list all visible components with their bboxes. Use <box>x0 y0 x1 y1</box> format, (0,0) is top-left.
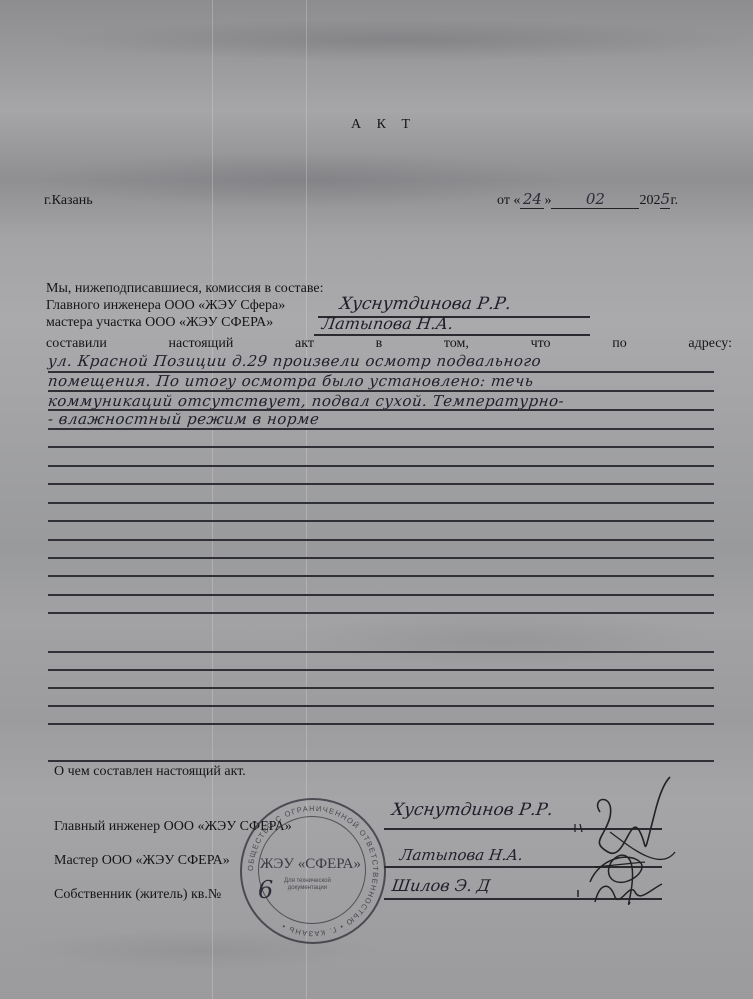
ruled-line <box>48 612 714 614</box>
ruled-line <box>48 651 714 653</box>
statement-line: составили настоящий акт в том, что по ад… <box>46 336 732 352</box>
ruled-line <box>48 539 714 541</box>
statement-word: что <box>531 336 551 352</box>
handwritten-line: - влажностный режим в норме <box>47 410 320 428</box>
ruled-line <box>48 705 714 707</box>
master-value: Латыпова Н.А. <box>321 314 455 333</box>
statement-word: по <box>612 336 627 352</box>
chief-engineer-value: Хуснутдинова Р.Р. <box>339 294 513 314</box>
date-mid: » <box>544 193 551 208</box>
ruled-line <box>48 446 714 448</box>
commission-intro: Мы, нижеподписавшиеся, комиссия в состав… <box>46 281 324 297</box>
date-month: 02 <box>551 190 639 209</box>
ruled-line <box>48 465 714 467</box>
stamp-subtitle-2: документации <box>284 885 331 892</box>
master-label: мастера участка ООО «ЖЭУ СФЕРА» <box>46 315 273 331</box>
document-date: от «24»022025г. <box>497 190 678 209</box>
signature-label-master: Мастер ООО «ЖЭУ СФЕРА» <box>54 853 230 869</box>
ruled-line <box>48 483 714 485</box>
company-stamp: ОБЩЕСТВО С ОГРАНИЧЕННОЙ ОТВЕТСТВЕННОСТЬЮ… <box>240 798 386 944</box>
handwritten-line: коммуникаций отсутствует, подвал сухой. … <box>47 392 565 410</box>
statement-word: адресу: <box>688 336 732 352</box>
document-title: А К Т <box>351 117 416 133</box>
statement-word: в <box>376 336 383 352</box>
ruled-line <box>48 428 714 430</box>
city: г.Казань <box>44 193 93 209</box>
signature-scribbles <box>570 772 680 922</box>
statement-word: акт <box>295 336 314 352</box>
handwritten-line: ул. Красной Позиции д.29 произвели осмот… <box>47 352 542 370</box>
stamp-subtitle: Для технической документации <box>284 878 331 892</box>
date-day: 24 <box>520 190 544 209</box>
ruled-line <box>48 594 714 596</box>
signature-label-owner: Собственник (житель) кв.№ <box>54 887 221 903</box>
handwritten-line: помещения. По итогу осмотра было установ… <box>47 372 534 390</box>
signature-name-chief: Хуснутдинов Р.Р. <box>391 800 555 820</box>
signature-name-owner: Шилов Э. Д <box>391 876 492 895</box>
chief-engineer-label: Главного инженера ООО «ЖЭУ Сфера» <box>46 298 285 314</box>
statement-word: настоящий <box>169 336 234 352</box>
ruled-line <box>48 669 714 671</box>
date-prefix: от « <box>497 193 520 208</box>
stamp-name: ЖЭУ «СФЕРА» <box>260 856 361 873</box>
date-suffix: г. <box>670 193 678 208</box>
ruled-line <box>48 371 714 373</box>
statement-word: том, <box>444 336 469 352</box>
scan-artifact <box>212 0 213 999</box>
statement-word: составили <box>46 336 107 352</box>
ruled-line <box>48 723 714 725</box>
closing-text: О чем составлен настоящий акт. <box>54 764 246 780</box>
date-year-prefix: 202 <box>639 193 660 208</box>
ruled-line <box>48 760 714 762</box>
ruled-line <box>48 502 714 504</box>
date-year-digit: 5 <box>660 190 670 209</box>
ruled-line <box>48 520 714 522</box>
ruled-line <box>48 409 714 411</box>
ruled-line <box>48 557 714 559</box>
ruled-line <box>48 575 714 577</box>
ruled-line <box>48 687 714 689</box>
signature-name-master: Латыпова Н.А. <box>399 846 525 864</box>
ruled-line <box>48 390 714 392</box>
stamp-subtitle-1: Для технической <box>284 878 331 885</box>
